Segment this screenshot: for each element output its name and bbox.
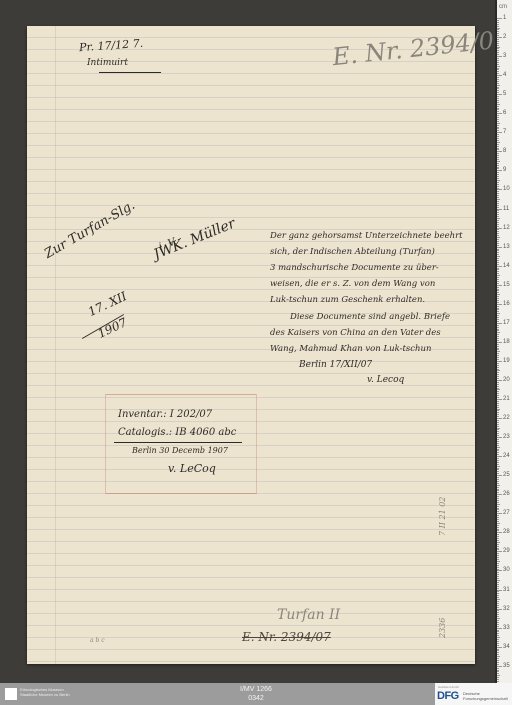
ruler-tick — [497, 258, 499, 259]
ruler-tick — [497, 603, 499, 604]
ruler-tick — [497, 252, 499, 253]
ruler-tick — [497, 492, 499, 493]
ruler-tick — [497, 197, 499, 198]
ruler-tick — [497, 237, 500, 238]
ruler-tick — [497, 525, 499, 526]
ruler-tick — [497, 422, 499, 423]
ruler-label: 20 — [503, 377, 510, 383]
ruler-tick — [497, 132, 502, 133]
ruler-tick — [497, 681, 499, 682]
ruler-tick — [497, 555, 499, 556]
ruler-tick — [497, 22, 499, 23]
ruler-tick — [497, 127, 499, 128]
ruler-tick — [497, 50, 499, 51]
ruler-label: 27 — [503, 510, 510, 516]
dfg-mark-icon: DFG — [437, 690, 459, 702]
ruler-tick — [497, 281, 499, 282]
ruler-tick — [497, 351, 500, 352]
ruler-label: 8 — [503, 148, 506, 154]
ruler-tick — [497, 490, 499, 491]
ruler-tick — [497, 542, 500, 543]
ruler-tick — [497, 235, 499, 236]
ruler-tick — [497, 532, 502, 533]
ruler-tick — [497, 523, 500, 524]
ruler-tick — [497, 92, 499, 93]
ruler-tick — [497, 418, 502, 419]
ruler-tick — [497, 565, 499, 566]
ruler-tick — [497, 247, 502, 248]
ruler-tick — [497, 595, 499, 596]
ruler-tick — [497, 517, 499, 518]
ruler-tick — [497, 582, 499, 583]
ruler-tick — [497, 670, 499, 671]
ruler-tick — [497, 47, 500, 48]
ruler-tick — [497, 401, 499, 402]
ruler-tick — [497, 622, 499, 623]
ruler-tick — [497, 321, 499, 322]
ruler-tick — [497, 481, 499, 482]
ruler-tick — [497, 167, 499, 168]
ruler-tick — [497, 504, 500, 505]
ruler-label: 28 — [503, 529, 510, 535]
ruler-tick — [497, 601, 499, 602]
ruler-tick — [497, 393, 499, 394]
ruler-tick — [497, 637, 500, 638]
ruler-tick — [497, 33, 499, 34]
ruler-tick — [497, 477, 499, 478]
ruler-tick — [497, 435, 499, 436]
ruler-tick — [497, 458, 499, 459]
ruler-tick — [497, 529, 499, 530]
letter-line: Der ganz gehorsamst Unterzeichnete beehr… — [270, 232, 463, 241]
ruler-tick — [497, 500, 499, 501]
ruler-label: 10 — [503, 186, 510, 192]
ruler-tick — [497, 660, 499, 661]
ruler-tick — [497, 163, 499, 164]
ruler-tick — [497, 561, 500, 562]
ruler-label: 32 — [503, 606, 510, 612]
letter-place-date: Berlin 17/XII/07 — [299, 361, 372, 370]
ruler-tick — [497, 574, 499, 575]
ruler-tick — [497, 628, 502, 629]
ruler-tick — [497, 412, 499, 413]
ruler-tick — [497, 220, 499, 221]
ruler-label: 34 — [503, 644, 510, 650]
ruler-tick — [497, 641, 499, 642]
ruler-tick — [497, 218, 500, 219]
ruler-tick — [497, 94, 502, 95]
ruler-tick — [497, 599, 500, 600]
ruler-label: 22 — [503, 415, 510, 421]
ruler-tick — [497, 216, 499, 217]
ruler-tick — [497, 403, 499, 404]
ruler-tick — [497, 73, 499, 74]
date-year: 1907 — [96, 316, 129, 340]
ruler-tick — [497, 471, 499, 472]
ruler-tick — [497, 62, 499, 63]
letter-line: des Kaisers von China an den Vater des — [270, 329, 441, 338]
ruler-tick — [497, 308, 499, 309]
ruler-tick — [497, 285, 502, 286]
ruler-tick — [497, 340, 499, 341]
ruler-tick — [497, 456, 502, 457]
ruler-tick — [497, 645, 499, 646]
ruler-tick — [497, 424, 499, 425]
ruler-tick — [497, 576, 499, 577]
ruler-tick — [497, 391, 499, 392]
turfan-label: Turfan II — [277, 608, 340, 622]
ruler-tick — [497, 155, 499, 156]
ruler-tick — [497, 228, 502, 229]
ruler-tick — [497, 553, 499, 554]
ruler-tick — [497, 584, 499, 585]
ruler-tick — [497, 409, 500, 410]
ruler-tick — [497, 60, 499, 61]
funded-by-label: Gefördert durch — [438, 685, 459, 689]
ruler-tick — [497, 519, 499, 520]
ruler-tick — [497, 443, 499, 444]
ruler-tick — [497, 289, 499, 290]
struck-accession-number: E. Nr. 2394/07 — [242, 631, 331, 643]
ruler-tick — [497, 306, 499, 307]
ruler-tick — [497, 389, 500, 390]
margin-mark-lower: 2336 — [439, 618, 447, 638]
ruler-tick — [497, 140, 499, 141]
ruler-tick — [497, 342, 502, 343]
ruler-tick — [497, 399, 502, 400]
margin-line — [55, 26, 56, 664]
ruler-label: 31 — [503, 587, 510, 593]
ruler-tick — [497, 172, 499, 173]
ruler-tick — [497, 485, 500, 486]
ruler-tick — [497, 612, 499, 613]
ruler-tick — [497, 224, 499, 225]
ruler-label: 24 — [503, 453, 510, 459]
ruler-tick — [497, 203, 499, 204]
ruler-tick — [497, 279, 499, 280]
ruler-tick — [497, 243, 499, 244]
ruler-tick — [497, 370, 500, 371]
ruler-tick — [497, 304, 502, 305]
ruler-tick — [497, 614, 499, 615]
ruler-tick — [497, 466, 500, 467]
ruler-tick — [497, 134, 499, 135]
ruler-tick — [497, 90, 499, 91]
ruler-tick — [497, 534, 499, 535]
ruler-tick — [497, 468, 499, 469]
ruler-tick — [497, 633, 499, 634]
catalog-number: Catalogis.: IB 4060 abc — [118, 428, 236, 438]
ruler-tick — [497, 214, 499, 215]
ruler-tick — [497, 508, 499, 509]
ruler-tick — [497, 249, 499, 250]
ruler-tick — [497, 332, 500, 333]
document-page: Pr. 17/12 7. Intimuirt E. Nr. 2394/07 Zu… — [27, 26, 475, 664]
ruler-tick — [497, 262, 499, 263]
ruler-tick — [497, 222, 499, 223]
ruler-tick — [497, 287, 499, 288]
ruler-tick — [497, 618, 500, 619]
ruler-tick — [497, 31, 499, 32]
ruler-tick — [497, 79, 499, 80]
ruler-tick — [497, 498, 499, 499]
ruler-tick — [497, 658, 499, 659]
ruler-tick — [497, 35, 499, 36]
ruler-tick — [497, 75, 502, 76]
ruler-tick — [497, 327, 499, 328]
ruler-tick — [497, 87, 499, 88]
ruler-label: 18 — [503, 339, 510, 345]
ruler-tick — [497, 268, 499, 269]
ruler-tick — [497, 511, 499, 512]
ruler-tick — [497, 380, 502, 381]
ruler-tick — [497, 241, 499, 242]
collection-note: Zur Turfan-Slg. — [43, 199, 138, 261]
inventory-number: Inventar.: I 202/07 — [118, 410, 212, 420]
ruler-tick — [497, 677, 499, 678]
ruler-tick — [497, 123, 500, 124]
ruler-label: 30 — [503, 567, 510, 573]
ruler-tick — [497, 109, 499, 110]
ruler-label: 7 — [503, 129, 506, 135]
ruler-tick — [497, 159, 499, 160]
ruler-tick — [497, 367, 499, 368]
ruler-tick — [497, 142, 500, 143]
ruler-tick — [497, 298, 499, 299]
ruler-tick — [497, 290, 499, 291]
ruler-tick — [497, 433, 499, 434]
ruler-tick — [497, 388, 499, 389]
ruler-tick — [497, 325, 499, 326]
ruler-tick — [497, 344, 499, 345]
ruler-tick — [497, 100, 499, 101]
ruler-tick — [497, 609, 502, 610]
ruler-tick — [497, 591, 499, 592]
ruler-tick — [497, 369, 499, 370]
ruler-tick — [497, 176, 499, 177]
ruler-label: 14 — [503, 263, 510, 269]
ruler-tick — [497, 410, 499, 411]
ruler-tick — [497, 639, 499, 640]
ruler-tick — [497, 28, 500, 29]
ruler-tick — [497, 607, 499, 608]
ruler-tick — [497, 323, 502, 324]
ruler-tick — [497, 239, 499, 240]
ruler-tick — [497, 382, 499, 383]
ruler-tick — [497, 311, 499, 312]
ruler-tick — [497, 475, 502, 476]
ruler-tick — [497, 378, 499, 379]
ruler-tick — [497, 209, 502, 210]
ruler-tick — [497, 460, 499, 461]
letter-line: Diese Documente sind angebl. Briefe — [290, 313, 450, 322]
ruler-tick — [497, 355, 499, 356]
ruler-tick — [497, 407, 499, 408]
stamp-place-date: Berlin 30 Decemb 1907 — [132, 447, 228, 455]
ruler-tick — [497, 138, 499, 139]
ruler-tick — [497, 329, 499, 330]
ruler-tick — [497, 153, 499, 154]
ruler-tick — [497, 647, 502, 648]
ruler-tick — [497, 671, 499, 672]
ruler-tick — [497, 395, 499, 396]
ruler-tick — [497, 675, 500, 676]
ruler-tick — [497, 188, 499, 189]
ruler-tick — [497, 652, 499, 653]
ruler-tick — [497, 48, 499, 49]
ruler-tick — [497, 536, 499, 537]
ruler-tick — [497, 338, 499, 339]
ruler-label: 3 — [503, 53, 506, 59]
ruler-tick — [497, 664, 499, 665]
ruler-tick — [497, 98, 499, 99]
ruler-tick — [497, 254, 499, 255]
ruler-tick — [497, 199, 500, 200]
ruler-tick — [497, 616, 499, 617]
ruler-tick — [497, 96, 499, 97]
ruler-tick — [497, 431, 499, 432]
stamp-signature: v. LeCoq — [168, 463, 216, 474]
ruler-tick — [497, 128, 499, 129]
ruler-tick — [497, 649, 499, 650]
stamp-divider — [114, 442, 242, 443]
ruler-label: 16 — [503, 301, 510, 307]
ruler-tick — [497, 548, 499, 549]
ruler-tick — [497, 668, 499, 669]
ruler-tick — [497, 546, 499, 547]
ruler-tick — [497, 104, 500, 105]
ruler-tick — [497, 334, 499, 335]
dfg-name: Deutsche Forschungsgemeinschaft — [463, 691, 508, 701]
ruler-tick — [497, 569, 499, 570]
dfg-name-line-2: Forschungsgemeinschaft — [463, 696, 508, 701]
ruler-tick — [497, 527, 499, 528]
ruler-tick — [497, 593, 499, 594]
ruler-tick — [497, 201, 499, 202]
ruler-label: 1 — [503, 15, 506, 21]
ruler-tick — [497, 489, 499, 490]
ruler-tick — [497, 473, 499, 474]
ruler-label: 2 — [503, 34, 506, 40]
ruler-tick — [497, 538, 499, 539]
ruler-tick — [497, 45, 499, 46]
ruler-tick — [497, 113, 502, 114]
ruler-tick — [497, 429, 499, 430]
ruler-tick — [497, 420, 499, 421]
ruler-tick — [497, 148, 499, 149]
ruler-tick — [497, 271, 499, 272]
ruler-tick — [497, 168, 499, 169]
ruler-tick — [497, 405, 499, 406]
ruler-tick — [497, 264, 499, 265]
letter-line: Luk-tschun zum Geschenk erhalten. — [270, 296, 425, 305]
ruler-tick — [497, 83, 499, 84]
ruler-tick — [497, 149, 499, 150]
ruler-tick — [497, 346, 499, 347]
letter-line: weisen, die er s. Z. von dem Wang von — [270, 280, 435, 289]
ruler-tick — [497, 54, 499, 55]
ruler-label: 33 — [503, 625, 510, 631]
ruler-tick — [497, 24, 499, 25]
ruler-tick — [497, 426, 499, 427]
ruler-tick — [497, 631, 499, 632]
accession-number: E. Nr. 2394/07 — [331, 27, 510, 69]
ruler-tick — [497, 452, 499, 453]
ruler-tick — [497, 144, 499, 145]
ruler-tick — [497, 186, 499, 187]
ruler-label: 11 — [503, 206, 509, 212]
ruler-tick — [497, 559, 499, 560]
ruler-tick — [497, 26, 499, 27]
ruler-tick — [497, 273, 499, 274]
ruler-tick — [497, 662, 499, 663]
ruler-tick — [497, 509, 499, 510]
ruler-tick — [497, 374, 499, 375]
footer-band: Ethnologisches Museum Staatliche Museen … — [0, 683, 512, 705]
ruler-label: 6 — [503, 110, 506, 116]
ruler-tick — [497, 88, 499, 89]
ruler-tick — [497, 437, 502, 438]
ruler-tick — [497, 115, 499, 116]
ruler-tick — [497, 229, 499, 230]
received-date-note: Pr. 17/12 7. — [79, 38, 144, 53]
ruler-label: 19 — [503, 358, 510, 364]
ruler-tick — [497, 494, 502, 495]
ruler-unit: cm — [499, 4, 507, 10]
ruler-tick — [497, 18, 502, 19]
ruler-tick — [497, 635, 499, 636]
ruler-tick — [497, 590, 502, 591]
ruler-tick — [497, 315, 499, 316]
ruler-tick — [497, 292, 499, 293]
ruler-tick — [497, 58, 499, 59]
ruler-tick — [497, 111, 499, 112]
ruler-tick — [497, 121, 499, 122]
ruler-tick — [497, 464, 499, 465]
ruler-tick — [497, 157, 499, 158]
ruler-tick — [497, 245, 499, 246]
ruler-tick — [497, 37, 502, 38]
ruler-tick — [497, 20, 499, 21]
ruler-tick — [497, 414, 499, 415]
ruler-tick — [497, 540, 499, 541]
ruler-tick — [497, 117, 499, 118]
ruler-tick — [497, 125, 499, 126]
ruler-tick — [497, 513, 502, 514]
ruler-tick — [497, 226, 499, 227]
ruler-tick — [497, 106, 499, 107]
ruler-tick — [497, 386, 499, 387]
ruler-tick — [497, 496, 499, 497]
ruler-tick — [497, 309, 499, 310]
ruler-tick — [497, 580, 500, 581]
ruler-label: 21 — [503, 396, 510, 402]
ruler-tick — [497, 275, 500, 276]
ruler-tick — [497, 330, 499, 331]
ruler-tick — [497, 56, 502, 57]
letter-line: 3 mandschurische Documente zu über- — [270, 264, 439, 273]
ruler-tick — [497, 361, 502, 362]
ruler-tick — [497, 29, 499, 30]
ruler-tick — [497, 69, 499, 70]
ruler-tick — [497, 654, 499, 655]
ruler-tick — [497, 588, 499, 589]
ruler-tick — [497, 626, 499, 627]
ruler-label: 26 — [503, 491, 510, 497]
ruler-tick — [497, 515, 499, 516]
ruler-tick — [497, 666, 502, 667]
ruler-tick — [497, 41, 499, 42]
